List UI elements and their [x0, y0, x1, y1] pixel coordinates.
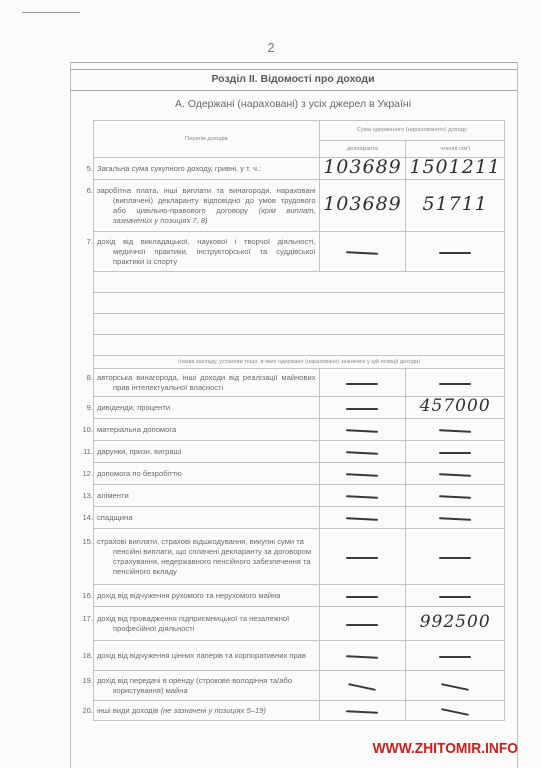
table-row: 14.спадщина	[94, 507, 505, 529]
family-value	[406, 419, 505, 441]
row-description: 9.дивіденди, проценти	[94, 397, 320, 419]
family-value: 992500	[406, 607, 505, 641]
header-income-list: Перелік доходів	[94, 121, 320, 158]
table-row: 6.заробітна плата, інші виплати та винаг…	[94, 180, 505, 232]
income-table: Перелік доходів Сума одержаного (нарахов…	[93, 120, 505, 721]
declarant-value	[319, 369, 406, 397]
table-row: 12.допомога по безробіттю	[94, 463, 505, 485]
declarant-value	[319, 641, 406, 671]
corner-mark	[22, 12, 80, 13]
table-row: 17.дохід від провадження підприємницької…	[94, 607, 505, 641]
family-value: 51711	[406, 180, 505, 232]
declarant-value	[319, 671, 406, 701]
family-value	[406, 585, 505, 607]
row-description: 14.спадщина	[94, 507, 320, 529]
row-description: 16.дохід від відчуження рухомого та неру…	[94, 585, 320, 607]
declarant-value	[319, 529, 406, 585]
table-row: 10.матеріальна допомога	[94, 419, 505, 441]
table-row: 15.страхові виплати, страхові відшкодува…	[94, 529, 505, 585]
table-row: 16.дохід від відчуження рухомого та неру…	[94, 585, 505, 607]
table-row: 7.дохід від викладацької, наукової і тво…	[94, 232, 505, 272]
table-row: 8.авторська винагорода, інші доходи від …	[94, 369, 505, 397]
institution-line	[94, 335, 505, 356]
row-description: 19.дохід від передачі в оренду (строкове…	[94, 671, 320, 701]
declarant-value: 103689	[319, 158, 406, 180]
page-number: 2	[0, 40, 542, 55]
row-description: 7.дохід від викладацької, наукової і тво…	[94, 232, 320, 272]
institution-caption-row: (назва закладу, установи тощо, в яких од…	[94, 356, 505, 369]
family-value: 457000	[406, 397, 505, 419]
family-value	[406, 463, 505, 485]
table-row: 18.дохід від відчуження цінних паперів т…	[94, 641, 505, 671]
institution-line	[94, 293, 505, 314]
header-income-sum: Сума одержаного (нарахованого) доходу	[319, 121, 504, 141]
row-description: 5.Загальна сума сукупного доходу, гривні…	[94, 158, 320, 180]
row-description: 8.авторська винагорода, інші доходи від …	[94, 369, 320, 397]
family-value	[406, 529, 505, 585]
family-value	[406, 671, 505, 701]
table-row: 9.дивіденди, проценти 457000	[94, 397, 505, 419]
family-value: 1501211	[406, 158, 505, 180]
table-row: 5.Загальна сума сукупного доходу, гривні…	[94, 158, 505, 180]
declarant-value	[319, 607, 406, 641]
institution-line	[94, 314, 505, 335]
institution-line	[94, 272, 505, 293]
declarant-value	[319, 507, 406, 529]
row-description: 13.аліменти	[94, 485, 320, 507]
family-value	[406, 441, 505, 463]
declarant-value	[319, 232, 406, 272]
declarant-value	[319, 419, 406, 441]
declarant-value: 103689	[319, 180, 406, 232]
table-row: 11.дарунки, призи, виграші	[94, 441, 505, 463]
declarant-value	[319, 397, 406, 419]
row-description: 20.інші види доходів (не зазначені у поз…	[94, 701, 320, 721]
declarant-value	[319, 441, 406, 463]
table-header-row: Перелік доходів Сума одержаного (нарахов…	[94, 121, 505, 141]
declarant-value	[319, 463, 406, 485]
declarant-value	[319, 701, 406, 721]
family-value	[406, 641, 505, 671]
row-description: 10.матеріальна допомога	[94, 419, 320, 441]
family-value	[406, 485, 505, 507]
declarant-value	[319, 585, 406, 607]
subsection-title: А. Одержані (нараховані) з усіх джерел в…	[70, 98, 516, 110]
family-value	[406, 701, 505, 721]
watermark: WWW.ZHITOMIR.INFO	[373, 740, 518, 757]
row-description: 11.дарунки, призи, виграші	[94, 441, 320, 463]
family-value	[406, 507, 505, 529]
row-description: 6.заробітна плата, інші виплати та винаг…	[94, 180, 320, 232]
table-row: 19.дохід від передачі в оренду (строкове…	[94, 671, 505, 701]
row-description: 12.допомога по безробіттю	[94, 463, 320, 485]
family-value	[406, 232, 505, 272]
family-value	[406, 369, 505, 397]
table-row: 13.аліменти	[94, 485, 505, 507]
institution-caption: (назва закладу, установи тощо, в яких од…	[94, 356, 505, 369]
section-title: Розділ ІІ. Відомості про доходи	[70, 73, 516, 85]
row-description: 15.страхові виплати, страхові відшкодува…	[94, 529, 320, 585]
declarant-value	[319, 485, 406, 507]
row-description: 18.дохід від відчуження цінних паперів т…	[94, 641, 320, 671]
row-description: 17.дохід від провадження підприємницької…	[94, 607, 320, 641]
table-row: 20.інші види доходів (не зазначені у поз…	[94, 701, 505, 721]
